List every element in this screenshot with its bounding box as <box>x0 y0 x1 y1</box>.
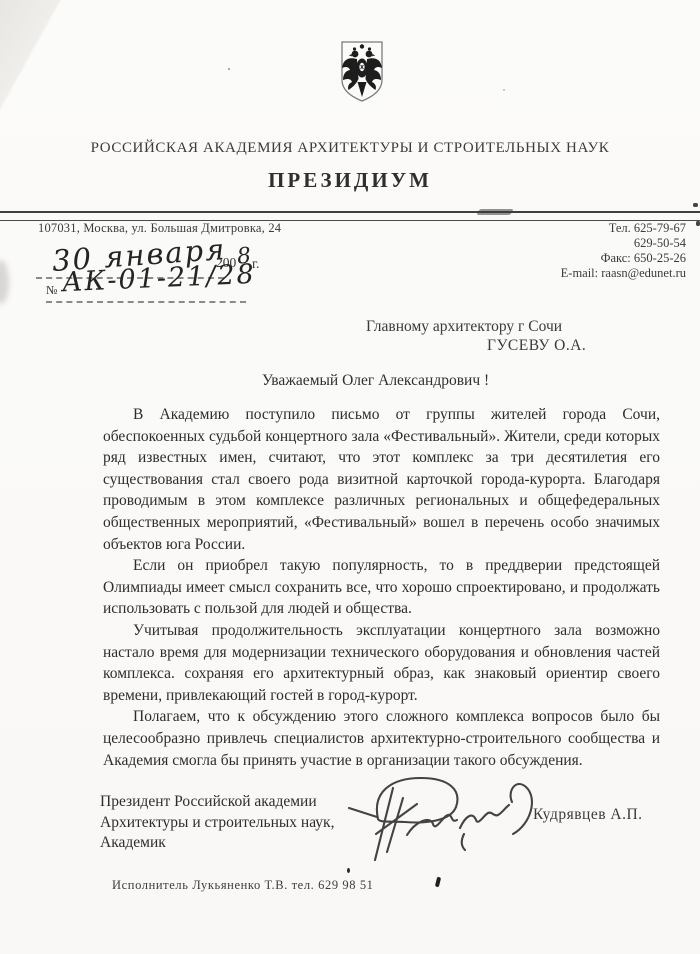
scan-speck <box>228 68 230 70</box>
scan-speck <box>347 868 350 873</box>
letter-body: В Академию поступило письмо от группы жи… <box>103 404 660 771</box>
division-title: ПРЕЗИДИУМ <box>0 168 700 193</box>
number-fill-line <box>46 301 246 303</box>
body-paragraph: В Академию поступило письмо от группы жи… <box>103 404 660 555</box>
signer-title-line: Архитектуры и строительных наук, <box>100 813 334 834</box>
scan-speck <box>693 203 698 207</box>
fax-line: Факс: 650-25-26 <box>561 251 686 266</box>
email-line: E-mail: raasn@edunet.ru <box>561 266 686 281</box>
scan-corner-artifact <box>0 0 95 140</box>
body-paragraph: Полагаем, что к обсуждению этого сложног… <box>103 706 660 771</box>
number-label: № <box>46 283 57 298</box>
scan-edge-smudge <box>0 260 9 304</box>
signer-title-block: Президент Российской академии Архитектур… <box>100 792 334 854</box>
signer-title-line: Академик <box>100 833 334 854</box>
scan-rule-smudge <box>476 209 513 215</box>
executor-line: Исполнитель Лукьяненко Т.В. тел. 629 98 … <box>112 878 374 893</box>
signer-name: Кудрявцев А.П. <box>533 806 643 824</box>
header-divider <box>0 211 700 221</box>
handwritten-signature <box>345 772 545 882</box>
addressee-name: ГУСЕВУ О.А. <box>487 337 586 355</box>
scan-ink-mark <box>435 877 441 888</box>
org-address: 107031, Москва, ул. Большая Дмитровка, 2… <box>38 221 281 236</box>
phone-line-2: 629-50-54 <box>561 236 686 251</box>
body-paragraph: Учитывая продолжительность эксплуатации … <box>103 620 660 706</box>
addressee-title: Главному архитектору г Сочи <box>366 318 562 336</box>
scan-speck <box>503 89 505 91</box>
salutation: Уважаемый Олег Александрович ! <box>262 372 489 390</box>
signer-title-line: Президент Российской академии <box>100 792 334 813</box>
phone-line-1: Тел. 625-79-67 <box>561 221 686 236</box>
organization-name: РОССИЙСКАЯ АКАДЕМИЯ АРХИТЕКТУРЫ И СТРОИТ… <box>0 140 700 157</box>
contact-block: Тел. 625-79-67 629-50-54 Факс: 650-25-26… <box>561 221 686 281</box>
scanned-letter-page: РОССИЙСКАЯ АКАДЕМИЯ АРХИТЕКТУРЫ И СТРОИТ… <box>0 0 700 954</box>
russian-coat-of-arms-icon <box>338 40 386 104</box>
scan-speck <box>696 221 700 226</box>
body-paragraph: Если он приобрел такую популярность, то … <box>103 555 660 620</box>
